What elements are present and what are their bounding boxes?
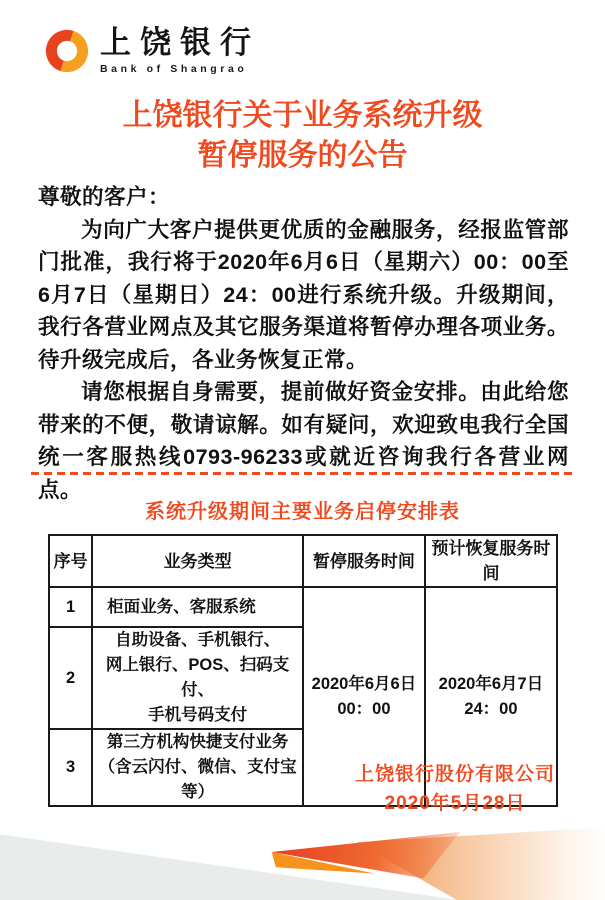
- signature-company: 上饶银行股份有限公司: [355, 760, 555, 789]
- peach-gradient-wedge-shape: [0, 820, 605, 900]
- row-business-type: 第三方机构快捷支付业务（含云闪付、微信、支付宝等）: [92, 729, 303, 806]
- bottom-decoration: [0, 820, 605, 900]
- gray-wedge-shape: [0, 820, 605, 900]
- bank-name-en: Bank of Shangrao: [100, 63, 260, 75]
- row-no: 2: [49, 627, 92, 729]
- schedule-title: 系统升级期间主要业务启停安排表: [0, 495, 605, 524]
- body-paragraph-1: 为向广大客户提供更优质的金融服务，经报监管部门批准，我行将于2020年6月6日（…: [38, 214, 569, 377]
- salutation: 尊敬的客户：: [38, 181, 569, 214]
- bank-name-cn: 上饶银行: [100, 26, 260, 60]
- row-no: 3: [49, 729, 92, 806]
- red-wedge-shape: [0, 820, 605, 900]
- notice-page: S 上饶银行 Bank of Shangrao 上饶银行关于业务系统升级 暂停服…: [0, 0, 605, 900]
- logo-letter: S: [58, 38, 75, 66]
- notice-title: 上饶银行关于业务系统升级 暂停服务的公告: [0, 96, 605, 176]
- column-header-resume: 预计恢复服务时间: [425, 535, 557, 587]
- column-header-type: 业务类型: [92, 535, 303, 587]
- body-paragraph-2: 请您根据自身需要，提前做好资金安排。由此给您带来的不便，敬请谅解。如有疑问，欢迎…: [38, 376, 569, 506]
- schedule-header-row: 序号 业务类型 暂停服务时间 预计恢复服务时间: [49, 535, 557, 587]
- row-business-type: 自助设备、手机银行、网上银行、POS、扫码支付、手机号码支付: [92, 627, 303, 729]
- signature-block: 上饶银行股份有限公司 2020年5月28日: [355, 760, 555, 818]
- orange-wedge-shape: [0, 820, 605, 900]
- notice-body: 尊敬的客户： 为向广大客户提供更优质的金融服务，经报监管部门批准，我行将于202…: [38, 181, 569, 506]
- bank-logo: S 上饶银行 Bank of Shangrao: [44, 26, 260, 76]
- column-header-no: 序号: [49, 535, 92, 587]
- signature-date: 2020年5月28日: [355, 789, 555, 818]
- row-business-type: 柜面业务、客服系统: [92, 587, 303, 627]
- notice-title-line1: 上饶银行关于业务系统升级: [0, 96, 605, 136]
- row-no: 1: [49, 587, 92, 627]
- dashed-divider: [31, 472, 572, 475]
- bank-s-logo-icon: S: [44, 26, 90, 76]
- notice-title-line2: 暂停服务的公告: [0, 136, 605, 176]
- table-row: 1 柜面业务、客服系统 2020年6月6日00：00 2020年6月7日24：0…: [49, 587, 557, 627]
- column-header-suspend: 暂停服务时间: [303, 535, 425, 587]
